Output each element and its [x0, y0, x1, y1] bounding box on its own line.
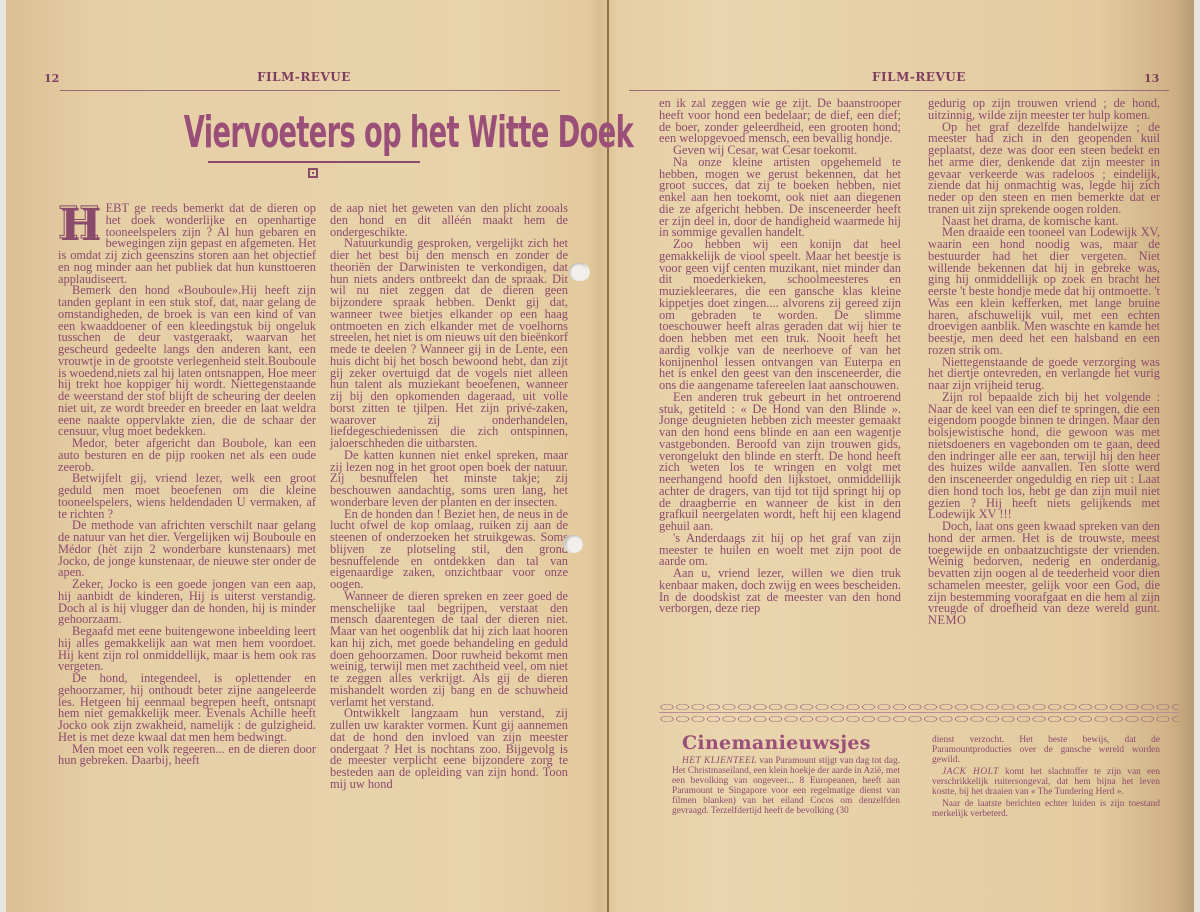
paragraph: De methode van africhten verschilt naar …: [58, 520, 316, 579]
square-ornament-icon: [308, 168, 318, 178]
drop-cap: H: [58, 205, 100, 243]
header-rule: [60, 90, 560, 91]
article-headline: Viervoeters op het Witte Doek: [184, 108, 451, 158]
news-lead: HET KLIENTEEL: [682, 756, 757, 766]
paragraph: Niettegenstaande de goede verzorging was…: [928, 357, 1160, 392]
paragraph: Natuurkundig gesproken, vergelijkt zich …: [330, 238, 568, 450]
paragraph: en ik zal zeggen wie ge zijt. De baanstr…: [659, 98, 901, 145]
paragraph: En de honden dan ! Beziet hen, de neus i…: [330, 509, 568, 591]
ornament-divider: [659, 712, 1179, 713]
paragraph: Na onze kleine artisten opgehemeld te he…: [659, 157, 901, 239]
news-item: dienst verzocht. Het beste bewijs, dat d…: [932, 735, 1160, 765]
paragraph: Betwijfelt gij, vriend lezer, welk een g…: [58, 473, 316, 520]
running-head: FILM-REVUE: [257, 70, 351, 88]
paragraph: HEBT ge reeds bemerkt dat de dieren op h…: [58, 203, 316, 285]
paragraph: Medor, beter afgericht dan Boubole, kan …: [58, 438, 316, 473]
paragraph: Zijn rol bepaalde zich bij het volgende …: [928, 392, 1160, 521]
paragraph: De katten kunnen niet enkel spreken, maa…: [330, 450, 568, 509]
paragraph: Zoo hebben wij een konijn dat heel gemak…: [659, 239, 901, 392]
page-number: 13: [1144, 72, 1159, 85]
news-column-1: HET KLIENTEEL van Paramount stijgt van d…: [672, 756, 900, 818]
paragraph: gedurig op zijn trouwen vriend ; de hond…: [928, 98, 1160, 122]
magazine-spread: 12 FILM-REVUE Viervoeters op het Witte D…: [6, 0, 1194, 912]
article-column-4: gedurig op zijn trouwen vriend ; de hond…: [928, 98, 1160, 627]
news-column-2: dienst verzocht. Het beste bewijs, dat d…: [932, 735, 1160, 821]
paragraph: Wanneer de dieren spreken en zeer goed d…: [330, 591, 568, 709]
running-head: FILM-REVUE: [872, 70, 966, 88]
article-column-1: HEBT ge reeds bemerkt dat de dieren op h…: [58, 203, 316, 767]
news-item: JACK HOLT komt het slachtoffer te zijn v…: [932, 767, 1160, 797]
left-page: 12 FILM-REVUE Viervoeters op het Witte D…: [12, 0, 607, 912]
chain-ornament-border: [659, 703, 1179, 711]
article-column-3: en ik zal zeggen wie ge zijt. De baanstr…: [659, 98, 901, 615]
paragraph: Op het graf dezelfde handelwijze ; de me…: [928, 122, 1160, 216]
paragraph: Bemerk den hond «Bouboule».Hij heeft zij…: [58, 285, 316, 438]
paragraph: 's Anderdaags zit hij op het graf van zi…: [659, 533, 901, 568]
news-item: HET KLIENTEEL van Paramount stijgt van d…: [672, 756, 900, 816]
news-item: Naar de laatste berichten echter luiden …: [932, 799, 1160, 819]
punch-hole: [569, 263, 587, 281]
punch-hole: [565, 535, 583, 553]
headline-rule: [208, 161, 420, 163]
paragraph: Aan u, vriend lezer, willen we dien truk…: [659, 568, 901, 615]
paragraph: Ontwikkelt langzaam hun verstand, zij zu…: [330, 708, 568, 790]
header-rule: [629, 90, 1169, 91]
page-number: 12: [44, 72, 59, 85]
paragraph: Men draaide een tooneel van Lodewijk XV,…: [928, 227, 1160, 356]
news-section-title: Cinemanieuwsjes: [682, 732, 882, 754]
chain-ornament-border: [659, 715, 1179, 723]
paragraph: Begaafd met eene buitengewone inbeelding…: [58, 626, 316, 673]
news-lead: JACK HOLT: [942, 767, 999, 777]
paragraph: Doch, laat ons geen kwaad spreken van de…: [928, 521, 1160, 627]
article-column-2: de aap niet het geweten van den plicht z…: [330, 203, 568, 791]
paragraph: Zeker, Jocko is een goede jongen van een…: [58, 579, 316, 626]
paragraph: De hond, integendeel, is oplettender en …: [58, 673, 316, 744]
paragraph: de aap niet het geweten van den plicht z…: [330, 203, 568, 238]
author-signature: NEMO: [928, 613, 966, 627]
paragraph: Men moet een volk regeeren... en de dier…: [58, 744, 316, 768]
paragraph: Een anderen truk gebeurt in het ontroere…: [659, 392, 901, 533]
